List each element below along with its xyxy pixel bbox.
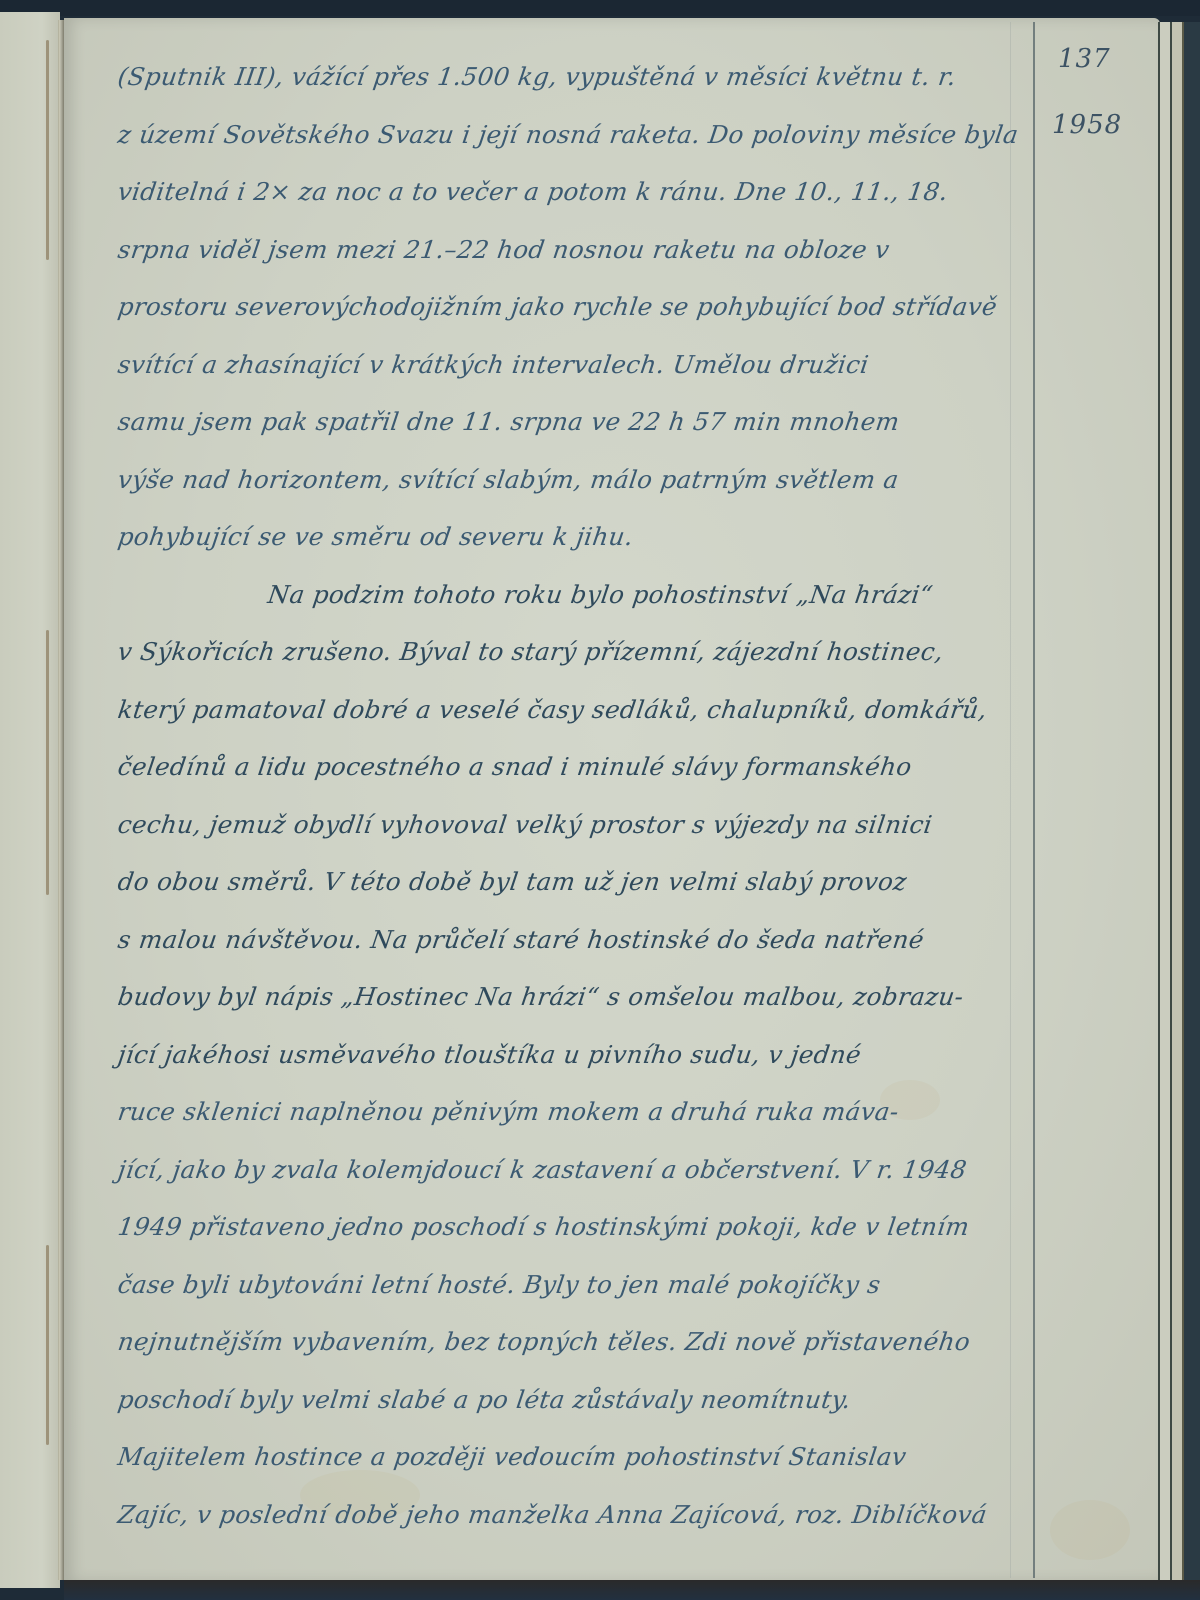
text-line: (Sputnik III), vážící přes 1.500 kg, vyp… [114,48,1032,106]
text-line: z území Sovětského Svazu i její nosná ra… [114,106,1032,164]
text-line: do obou směrů. V této době byl tam už je… [114,853,1032,911]
binding-stitch [46,40,49,260]
facing-page-edge [0,12,60,1588]
page-edge [1158,22,1170,1582]
text-line: s malou návštěvou. Na průčelí staré host… [114,911,1032,969]
text-line: cechu, jemuž obydlí vyhovoval velký pros… [114,796,1032,854]
page-number: 137 [1058,44,1111,74]
text-line: svítící a zhasínající v krátkých interva… [114,336,1032,394]
text-line: pohybující se ve směru od severu k jihu. [114,508,1032,566]
text-line: viditelná i 2× za noc a to večer a potom… [114,163,1032,221]
text-line: prostoru severovýchodojižním jako rychle… [114,278,1032,336]
text-line: čeledínů a lidu pocestného a snad i minu… [114,738,1032,796]
text-line: Zajíc, v poslední době jeho manželka Ann… [114,1486,1032,1544]
text-line: který pamatoval dobré a veselé časy sedl… [114,681,1032,739]
handwritten-text: (Sputnik III), vážící přes 1.500 kg, vyp… [118,48,1028,1543]
margin-rule [1033,22,1035,1578]
year-note: 1958 [1052,110,1122,140]
paper-stain [1050,1500,1130,1560]
paragraph-start-line: Na podzim tohoto roku bylo pohostinství … [114,566,1032,624]
binding-stitch [46,630,49,895]
text-line: 1949 přistaveno jedno poschodí s hostins… [114,1198,1032,1256]
text-line: jící jakéhosi usměvavého tlouštíka u piv… [114,1026,1032,1084]
page-edge [1170,22,1182,1582]
text-line: Majitelem hostince a později vedoucím po… [114,1428,1032,1486]
text-line: samu jsem pak spatřil dne 11. srpna ve 2… [114,393,1032,451]
book-cover-edge [1182,22,1200,1582]
book-bottom-edge [64,1580,1200,1600]
book-spread: 137 1958 (Sputnik III), vážící přes 1.50… [0,0,1200,1600]
background-top [0,0,1200,16]
text-line: jící, jako by zvala kolemjdoucí k zastav… [114,1141,1032,1199]
text-line: srpna viděl jsem mezi 21.–22 hod nosnou … [114,221,1032,279]
text-line: výše nad horizontem, svítící slabým, mál… [114,451,1032,509]
text-line: ruce sklenici naplněnou pěnivým mokem a … [114,1083,1032,1141]
binding-stitch [46,1245,49,1445]
text-line: nejnutnějším vybavením, bez topných těle… [114,1313,1032,1371]
text-line: čase byli ubytováni letní hosté. Byly to… [114,1256,1032,1314]
text-line: poschodí byly velmi slabé a po léta zůst… [114,1371,1032,1429]
text-line: budovy byl nápis „Hostinec Na hrázi“ s o… [114,968,1032,1026]
text-line: v Sýkořicích zrušeno. Býval to starý pří… [114,623,1032,681]
